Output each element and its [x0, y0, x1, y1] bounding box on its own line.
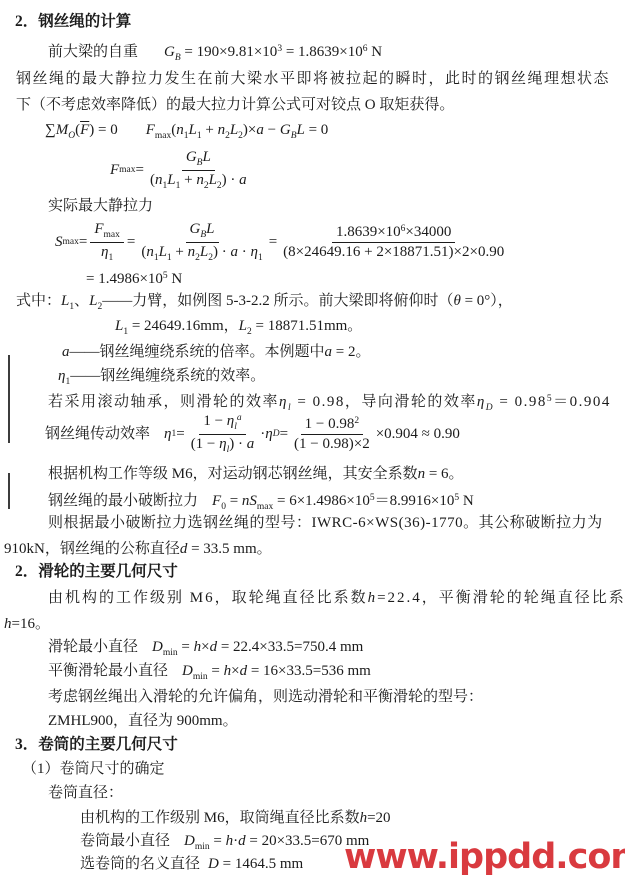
revision-change-bar	[8, 473, 10, 509]
moment-equation: ∑MO(F) = 0Fmax(n1L1 + n2L2)×a − GBL = 0	[45, 120, 328, 146]
heading-pulley-dimensions: 2．滑轮的主要几何尺寸	[15, 562, 178, 582]
self-weight-label: 前大梁的自重	[48, 44, 138, 60]
document-page: 2．钢丝绳的计算 前大梁的自重GB = 190×9.81×103 = 1.863…	[0, 0, 625, 883]
drum-size-subheading: （1）卷筒尺寸的确定	[22, 759, 165, 779]
fmax-equation: Fmax = GBL(n1L1 + n2L2) · a	[110, 146, 253, 194]
smax-result: = 1.4986×105 N	[86, 266, 182, 289]
drum-nominal-diameter-line: 选卷筒的名义直径D = 1464.5 mm	[80, 854, 303, 874]
rope-selection-line-1: 则根据最小破断拉力选钢丝绳的型号：IWRC-6×WS(36)-1770。其公称破…	[48, 513, 603, 533]
lever-arm-values: L1 = 24649.16mm，L2 = 18871.51mm。	[115, 316, 362, 342]
pulley-min-diameter-line: 滑轮最小直径Dmin = h×d = 22.4×33.5=750.4 mm	[48, 637, 363, 663]
drum-diameter-label: 卷筒直径：	[48, 783, 123, 803]
paragraph-max-static-2: 下（不考虑效率降低）的最大拉力计算公式可对铰点 O 取矩获得。	[16, 95, 454, 115]
pulley-type-line-2: ZMHL900，直径为 900mm。	[48, 711, 238, 731]
self-weight-formula: GB = 190×9.81×103 = 1.8639×106 N	[164, 44, 382, 60]
heading-wire-rope-calculation: 2．钢丝绳的计算	[15, 12, 131, 32]
pulley-coefficient-line-2: h=16。	[4, 614, 50, 634]
actual-static-label: 实际最大静拉力	[48, 196, 153, 216]
multiplier-definition: a——钢丝绳缠绕系统的倍率。本例题中a = 2。	[62, 342, 370, 362]
pulley-type-line-1: 考虑钢丝绳出入滑轮的允许偏角，则选动滑轮和平衡滑轮的型号：	[48, 687, 483, 707]
watermark-link: www.ippdd.com	[344, 840, 625, 875]
heading-drum-dimensions: 3．卷筒的主要几何尺寸	[15, 735, 178, 755]
balance-pulley-min-diameter-line: 平衡滑轮最小直径Dmin = h×d = 16×33.5=536 mm	[48, 661, 371, 687]
safety-factor-line: 根据机构工作等级 M6，对运动钢芯钢丝绳，其安全系数n = 6。	[48, 464, 464, 484]
drum-coefficient-line: 由机构的工作级别 M6，取筒绳直径比系数h=20	[80, 808, 391, 828]
smax-equation: Smax = Fmaxη1 = GBL(n1L1 + n2L2) · a · η…	[55, 218, 510, 266]
transmission-efficiency-formula: 钢丝绳传动效率η1 = 1 − ηla(1 − ηl) · a · ηD = 1…	[45, 411, 460, 457]
where-definitions-line: 式中：L1、L2——力臂，如例图 5-3-2.2 所示。前大梁即将俯仰时（θ =…	[16, 291, 513, 317]
paragraph-max-static-1: 钢丝绳的最大静拉力发生在前大梁水平即将被拉起的瞬时，此时的钢丝绳理想状态	[16, 69, 610, 89]
rope-selection-line-2: 910kN，钢丝绳的公称直径d = 33.5 mm。	[4, 539, 272, 559]
pulley-coefficient-line-1: 由机构的工作级别 M6，取轮绳直径比系数h=22.4，平衡滑轮的轮绳直径比系数	[48, 588, 625, 608]
self-weight-line: 前大梁的自重GB = 190×9.81×103 = 1.8639×106 N	[48, 39, 382, 68]
revision-change-bar	[8, 355, 10, 443]
